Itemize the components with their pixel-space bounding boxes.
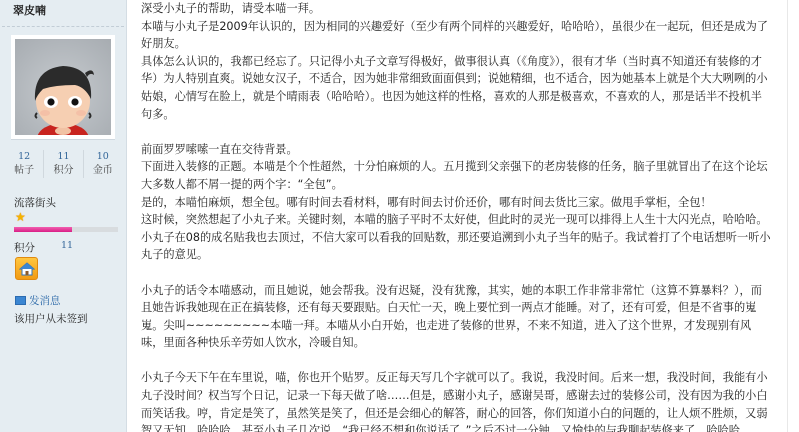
rank-progress-bar bbox=[14, 227, 118, 232]
points-value: 11 bbox=[61, 240, 73, 251]
signin-status: 该用户从未签到 bbox=[14, 311, 88, 326]
user-profile-sidebar: 翠皮喃 12 帖子 11 bbox=[0, 0, 127, 432]
user-stats: 12 帖子 11 积分 10 金币 bbox=[5, 150, 122, 178]
stat-posts[interactable]: 12 帖子 bbox=[5, 150, 43, 178]
points-label: 积分 bbox=[14, 242, 35, 254]
star-icon: ★ bbox=[15, 211, 26, 223]
stat-label: 金币 bbox=[84, 164, 122, 178]
avatar[interactable] bbox=[11, 35, 115, 139]
avatar-image bbox=[15, 39, 111, 135]
page-scrollbar[interactable] bbox=[787, 0, 799, 432]
paragraph-spacer bbox=[141, 264, 771, 282]
post-content: 深受小丸子的帮助，请受本喵一拜。 本喵与小丸子是2009年认识的，因为相同的兴趣… bbox=[141, 0, 771, 432]
send-message-label: 发消息 bbox=[29, 293, 61, 308]
home-button[interactable] bbox=[15, 257, 38, 280]
stat-value: 11 bbox=[44, 150, 82, 164]
user-rank-title[interactable]: 流落街头 bbox=[14, 195, 56, 210]
post-paragraph: 下面进入装修的正题。本喵是个个性超然，十分怕麻烦的人。五月揽到父亲强下的老房装修… bbox=[141, 158, 771, 193]
stat-label: 积分 bbox=[44, 164, 82, 178]
stat-value: 10 bbox=[84, 150, 122, 164]
stat-points[interactable]: 11 积分 bbox=[43, 150, 82, 178]
stat-value: 12 bbox=[5, 150, 43, 164]
paragraph-spacer bbox=[141, 123, 771, 141]
paragraph-spacer bbox=[141, 352, 771, 370]
rank-progress-fill bbox=[14, 227, 72, 232]
send-message-link[interactable]: 发消息 bbox=[15, 293, 61, 308]
stat-coins[interactable]: 10 金币 bbox=[83, 150, 122, 178]
username[interactable]: 翠皮喃 bbox=[2, 0, 124, 27]
post-paragraph: 本喵与小丸子是2009年认识的，因为相同的兴趣爱好（至少有两个同样的兴趣爱好，哈… bbox=[141, 18, 771, 53]
post-paragraph: 是的，本喵怕麻烦，想全包。哪有时间去看材料，哪有时间去讨价还价，哪有时间去货比三… bbox=[141, 194, 771, 212]
cartoon-child-avatar-icon bbox=[15, 39, 111, 135]
post-paragraph: 小丸子在08的成名贴我也去顶过，不信大家可以看我的回贴数，那还要追溯到小丸子当年… bbox=[141, 229, 771, 264]
stat-label: 帖子 bbox=[5, 164, 43, 178]
post-paragraph: 这时候，突然想起了小丸子来。关键时刻，本喵的脑子平时不太好使，但此时的灵光一现可… bbox=[141, 211, 771, 229]
post-paragraph: 前面罗罗嗦嗦一直在交待背景。 bbox=[141, 141, 771, 159]
points-row: 积分 11 bbox=[14, 240, 35, 255]
post-paragraph: 具体怎么认识的，我都已经忘了。只记得小丸子文章写得极好，做事很认真（《角度》），… bbox=[141, 53, 771, 123]
post-paragraph: 小丸子今天下午在车里说，喵，你也开个贴罗。反正每天写几个字就可以了。我说，我没时… bbox=[141, 369, 771, 432]
post-paragraph: 深受小丸子的帮助，请受本喵一拜。 bbox=[141, 0, 771, 18]
post-paragraph: 小丸子的话令本喵感动，而且她说，她会帮我。没有迟疑，没有犹豫，其实，她的本职工作… bbox=[141, 282, 771, 352]
envelope-icon bbox=[15, 296, 26, 305]
home-icon bbox=[19, 261, 35, 277]
